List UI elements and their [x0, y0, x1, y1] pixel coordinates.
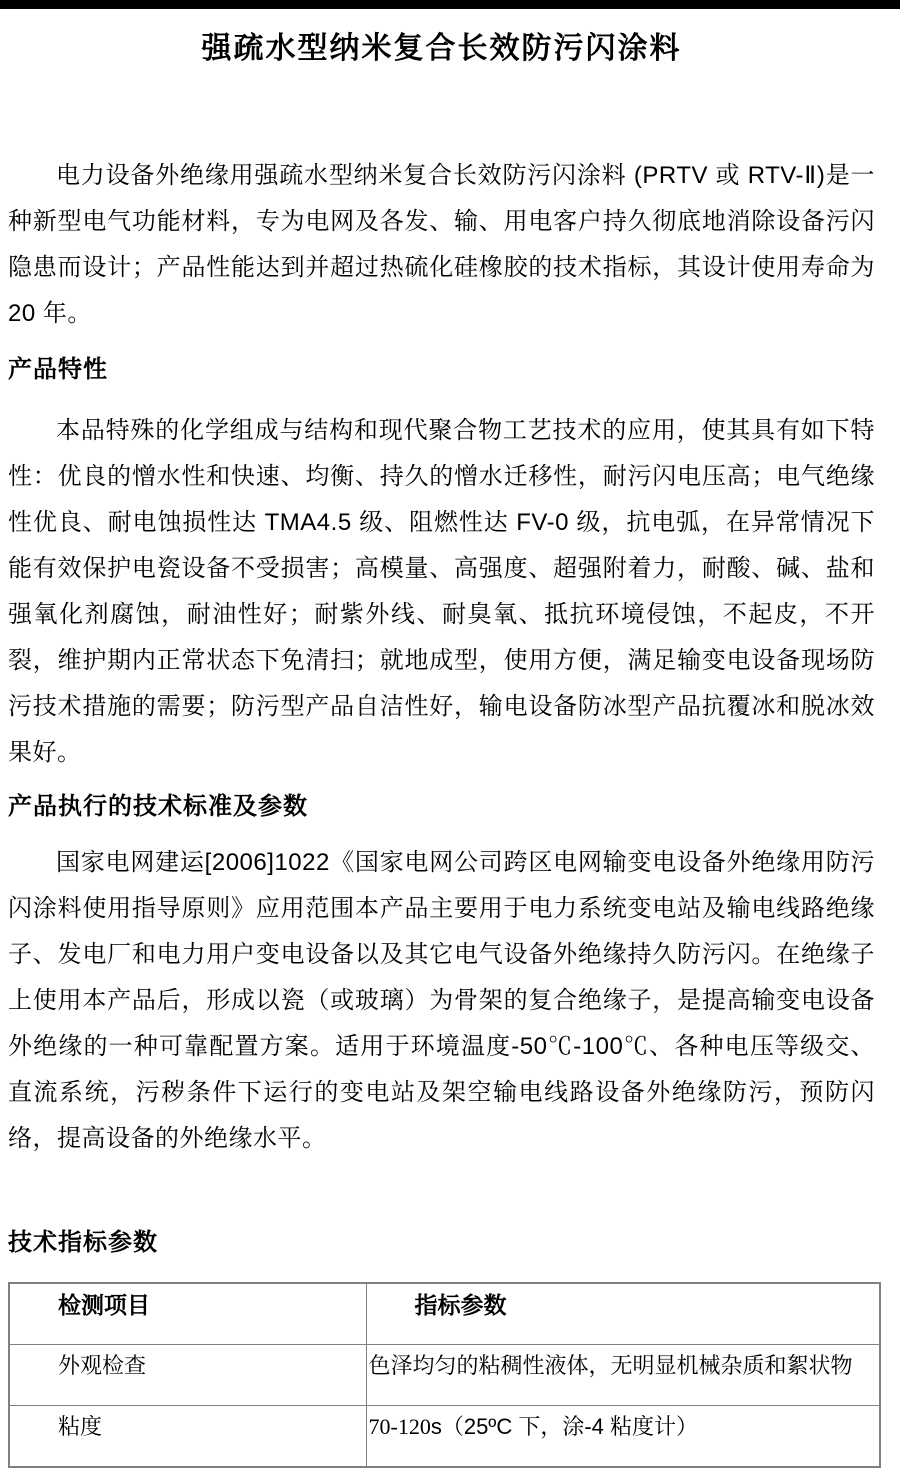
- spec-value-viscosity-text: s（25ºC 下，涂-4 粘度计）: [431, 1414, 698, 1439]
- features-paragraph: 本品特殊的化学组成与结构和现代聚合物工艺技术的应用，使其具有如下特性：优良的憎水…: [8, 408, 875, 776]
- spec-value-appearance: 色泽均匀的粘稠性液体，无明显机械杂质和絮状物: [366, 1345, 880, 1406]
- intro-paragraph: 电力设备外绝缘用强疏水型纳米复合长效防污闪涂料 (PRTV 或 RTV-Ⅱ)是一…: [8, 153, 875, 337]
- page-title: 强疏水型纳米复合长效防污闪涂料: [8, 27, 875, 71]
- standards-paragraph: 国家电网建运[2006]1022《国家电网公司跨区电网输变电设备外绝缘用防污闪涂…: [8, 840, 875, 1162]
- spec-value-viscosity-serif: 70-120: [369, 1414, 431, 1439]
- section-heading-standards: 产品执行的技术标准及参数: [8, 790, 875, 824]
- spec-table-header-row: 检测项目 指标参数: [9, 1283, 880, 1345]
- spec-item-viscosity: 粘度: [9, 1406, 366, 1468]
- spec-value-viscosity: 70-120s（25ºC 下，涂-4 粘度计）: [366, 1406, 880, 1468]
- spec-table-header-value: 指标参数: [366, 1283, 880, 1345]
- spec-table: 检测项目 指标参数 外观检查 色泽均匀的粘稠性液体，无明显机械杂质和絮状物 粘度…: [8, 1282, 881, 1468]
- table-row-viscosity: 粘度 70-120s（25ºC 下，涂-4 粘度计）: [9, 1406, 880, 1468]
- spec-item-appearance: 外观检查: [9, 1345, 366, 1406]
- document-body: 强疏水型纳米复合长效防污闪涂料 电力设备外绝缘用强疏水型纳米复合长效防污闪涂料 …: [0, 27, 900, 1468]
- table-row-appearance: 外观检查 色泽均匀的粘稠性液体，无明显机械杂质和絮状物: [9, 1345, 880, 1406]
- spec-table-header-item: 检测项目: [9, 1283, 366, 1345]
- section-heading-specs: 技术指标参数: [8, 1226, 875, 1260]
- top-border-bar: [0, 0, 900, 9]
- spec-value-appearance-text: 色泽均匀的粘稠性液体，无明显机械杂质和絮状物: [369, 1353, 853, 1378]
- section-heading-features: 产品特性: [8, 353, 875, 387]
